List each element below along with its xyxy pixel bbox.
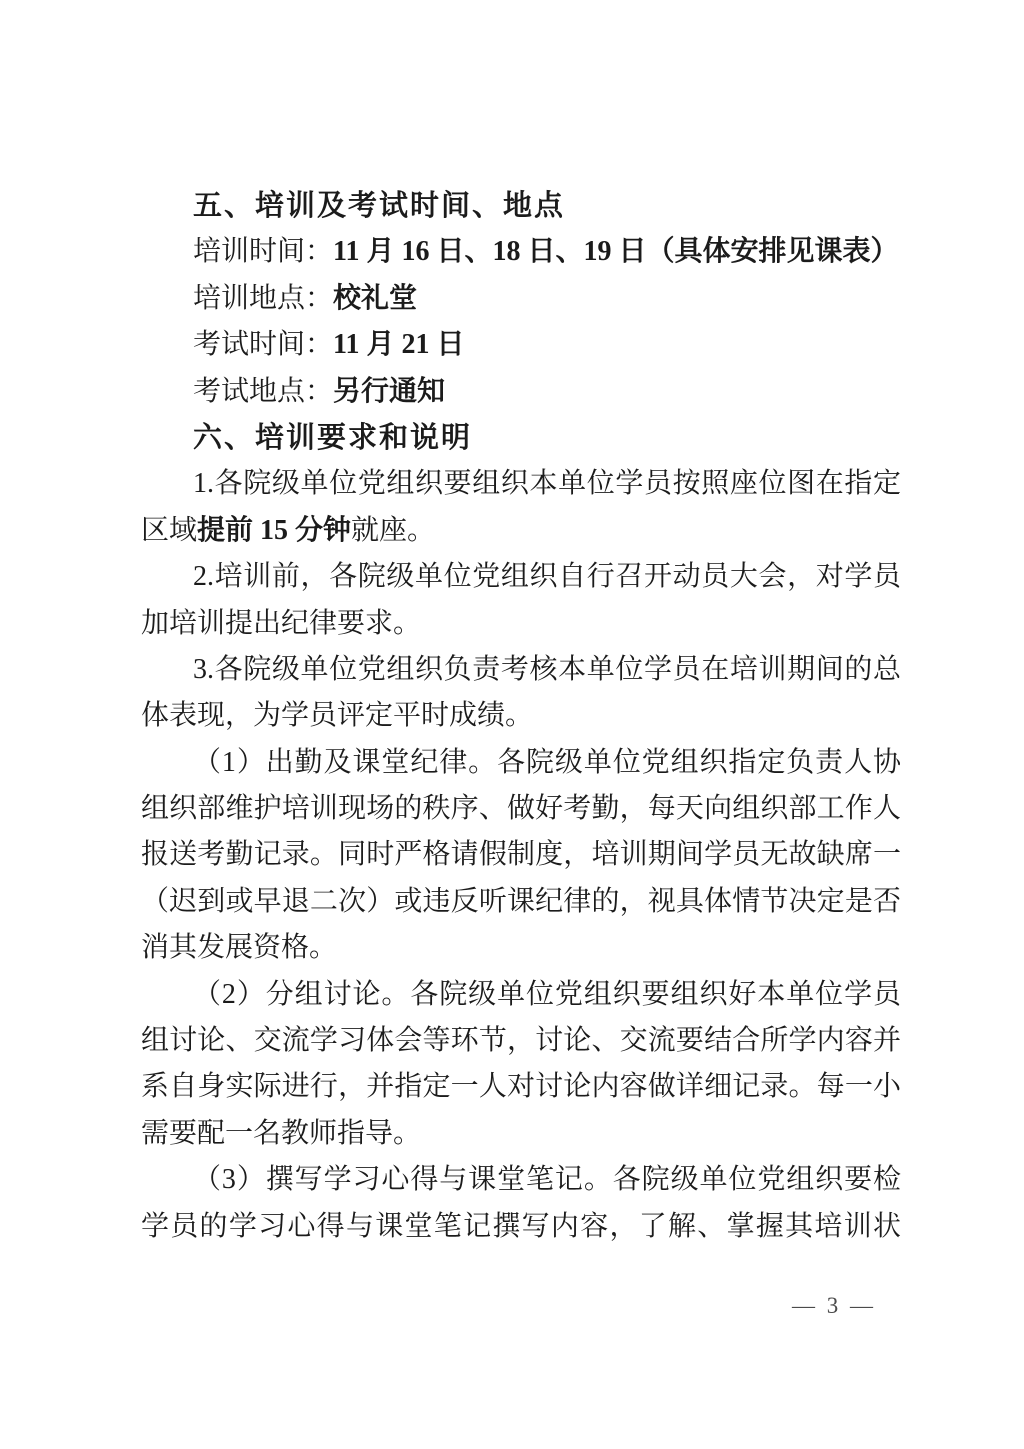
subitem-1-line-3: 报送考勤记录。同时严格请假制度，培训期间学员无故缺席一次 (141, 832, 901, 878)
paragraph-2-line-2: 加培训提出纪律要求。 (141, 601, 901, 647)
field-label: 培训地点： (193, 283, 333, 314)
subitem-2-line-2: 组讨论、交流学习体会等环节，讨论、交流要结合所学内容并联 (141, 1018, 901, 1064)
subitem-1-line-5: 消其发展资格。 (141, 925, 901, 971)
field-label: 培训时间： (193, 236, 333, 267)
field-exam-place: 考试地点：另行通知 (141, 369, 901, 415)
subitem-3-line-2: 学员的学习心得与课堂笔记撰写内容，了解、掌握其培训状态， (141, 1204, 901, 1250)
section-6-heading: 六、培训要求和说明 (141, 415, 901, 461)
subitem-2-line-3: 系自身实际进行，并指定一人对讨论内容做详细记录。每一小组 (141, 1064, 901, 1110)
field-training-place: 培训地点：校礼堂 (141, 276, 901, 322)
paragraph-3-line-2: 体表现，为学员评定平时成绩。 (141, 693, 901, 739)
paragraph-3-line-1: 3.各院级单位党组织负责考核本单位学员在培训期间的总 (141, 647, 901, 693)
field-value: 11 月 21 日 (333, 329, 464, 360)
document-page: 五、培训及考试时间、地点 培训时间：11 月 16 日、18 日、19 日（具体… (0, 0, 1024, 1449)
subitem-1-line-2: 组织部维护培训现场的秩序、做好考勤，每天向组织部工作人员 (141, 786, 901, 832)
subitem-2-line-4: 需要配一名教师指导。 (141, 1111, 901, 1157)
section-5-heading: 五、培训及考试时间、地点 (141, 183, 901, 229)
field-value: 11 月 16 日、18 日、19 日（具体安排见课表） (333, 236, 898, 267)
field-value: 校礼堂 (333, 283, 417, 314)
field-value: 另行通知 (333, 376, 445, 407)
subitem-1-line-1: （1）出勤及课堂纪律。各院级单位党组织指定负责人协助 (141, 740, 901, 786)
page-number: — 3 — (792, 1292, 873, 1320)
paragraph-1-line-1: 1.各院级单位党组织要组织本单位学员按照座位图在指定 (141, 461, 901, 507)
field-exam-time: 考试时间：11 月 21 日 (141, 322, 901, 368)
field-label: 考试地点： (193, 376, 333, 407)
paragraph-text: 就座。 (351, 515, 435, 546)
document-body: 五、培训及考试时间、地点 培训时间：11 月 16 日、18 日、19 日（具体… (141, 183, 901, 1250)
field-training-time: 培训时间：11 月 16 日、18 日、19 日（具体安排见课表） (141, 229, 901, 275)
paragraph-2-line-1: 2.培训前，各院级单位党组织自行召开动员大会，对学员参 (141, 554, 901, 600)
paragraph-text: 区域 (141, 515, 197, 546)
field-label: 考试时间： (193, 329, 333, 360)
subitem-2-line-1: （2）分组讨论。各院级单位党组织要组织好本单位学员分 (141, 972, 901, 1018)
subitem-3-line-1: （3）撰写学习心得与课堂笔记。各院级单位党组织要检查 (141, 1157, 901, 1203)
subitem-1-line-4: （迟到或早退二次）或违反听课纪律的，视具体情节决定是否取 (141, 879, 901, 925)
emphasis-text: 提前 15 分钟 (197, 515, 351, 546)
paragraph-1-line-2: 区域提前 15 分钟就座。 (141, 508, 901, 554)
